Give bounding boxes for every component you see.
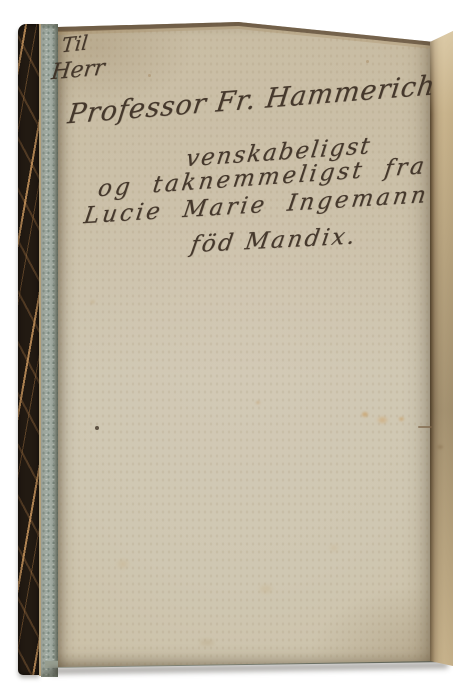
flyleaf-page: [58, 20, 434, 668]
endpaper-strip: [41, 24, 58, 677]
marbled-board-edge: [18, 24, 39, 675]
book-photograph: Til Herr Professor Fr. Hammerich venskab…: [0, 0, 453, 700]
gutter-page: [430, 24, 453, 669]
